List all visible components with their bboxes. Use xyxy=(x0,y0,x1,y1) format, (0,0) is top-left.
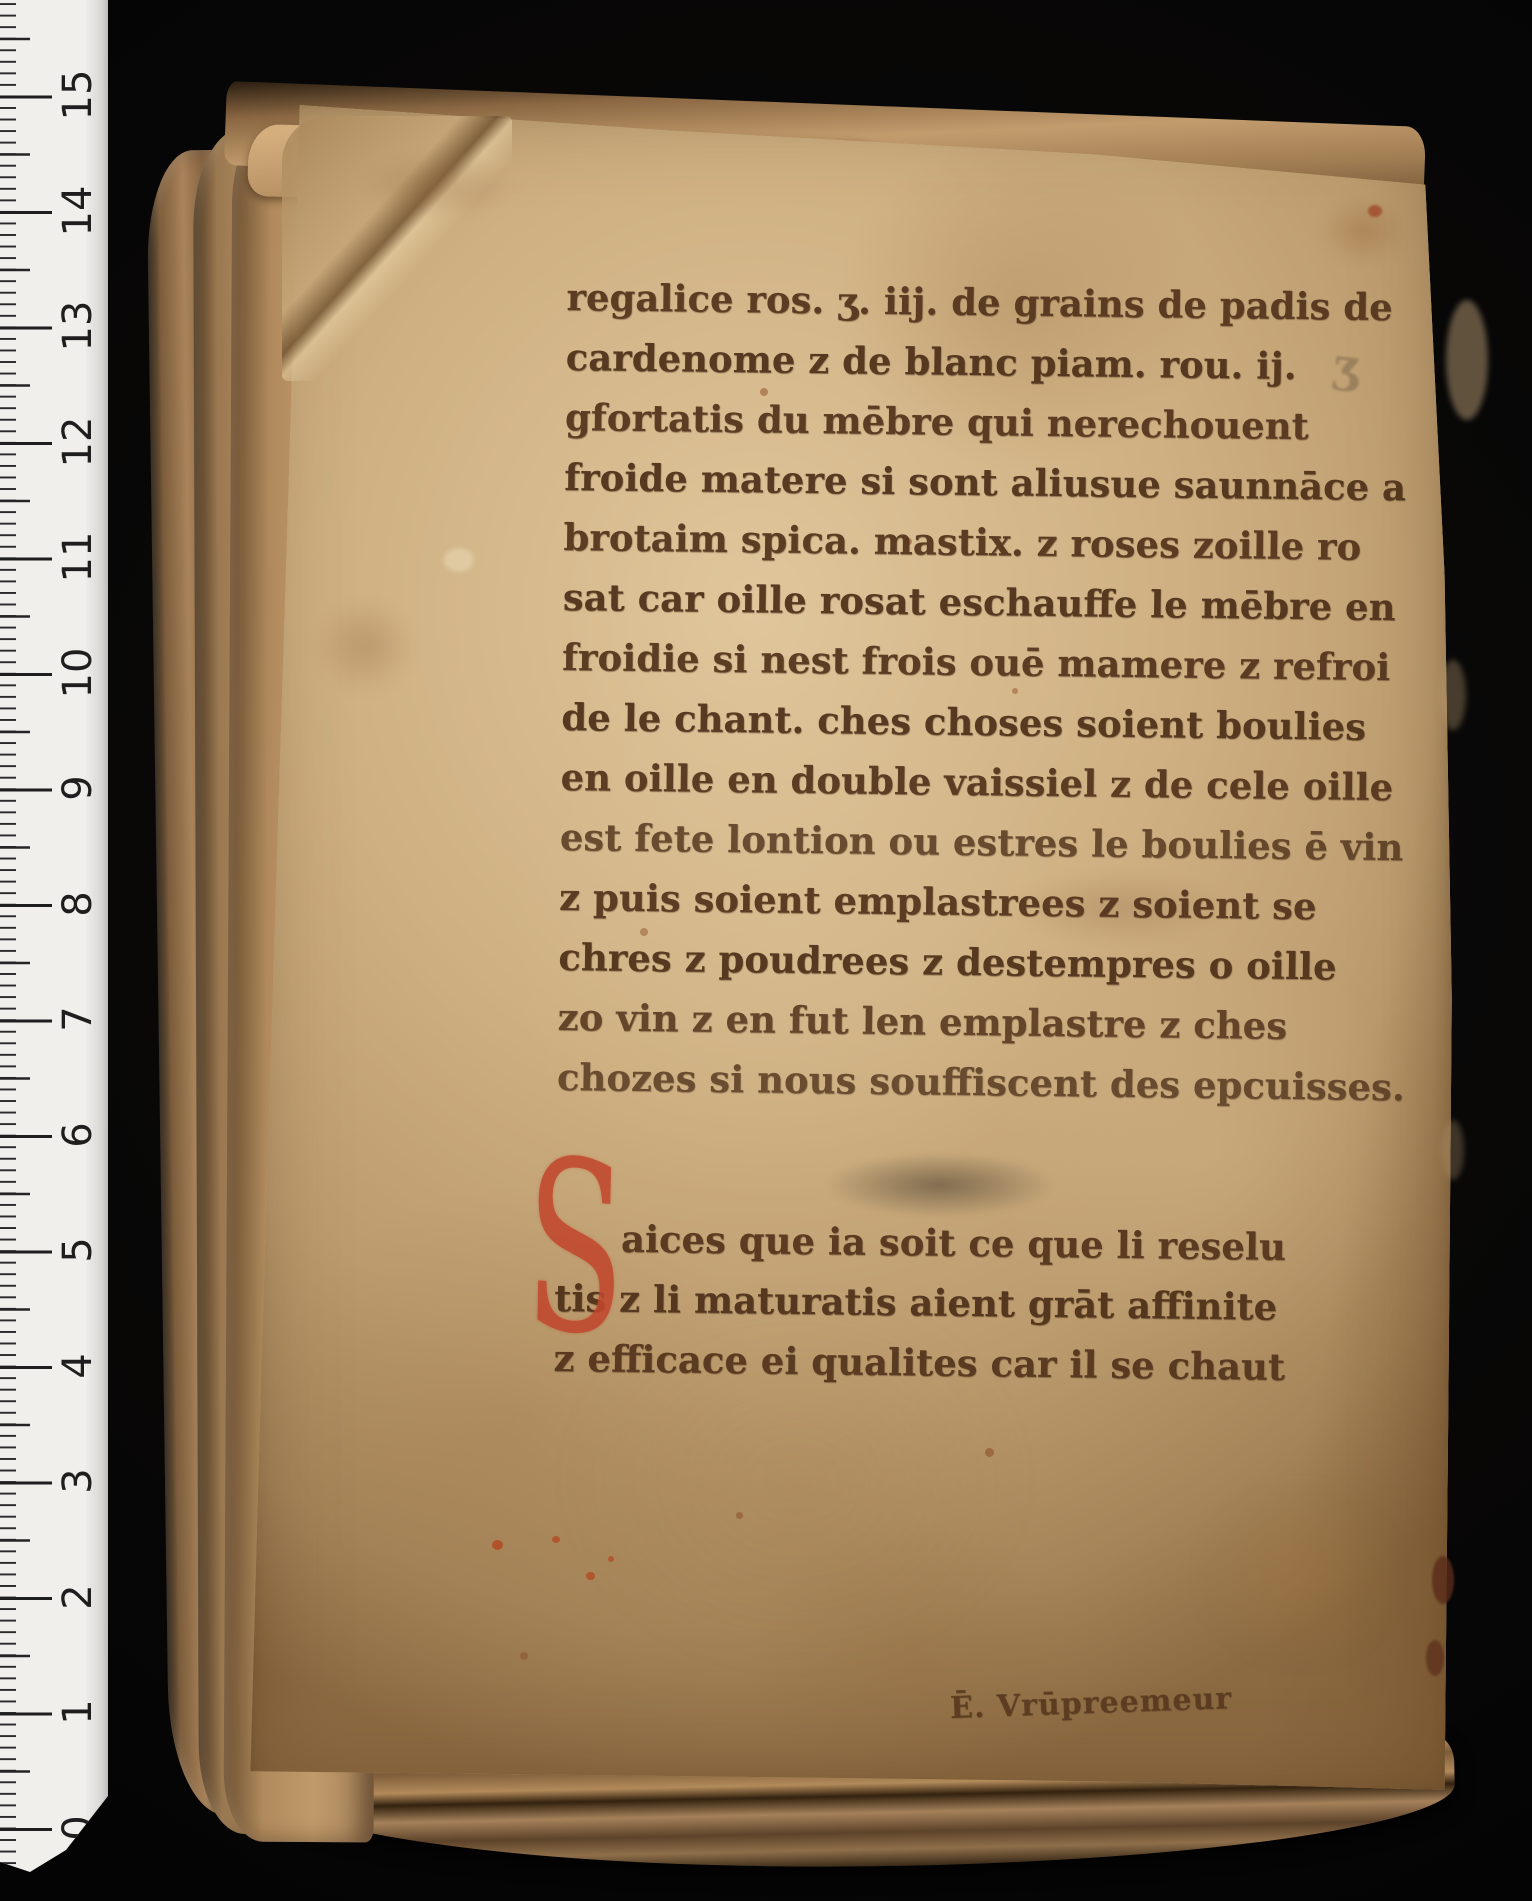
manuscript-line: regalice ros. ʒ. iij. de grains de padis… xyxy=(566,267,1387,337)
ruler-label: 2 xyxy=(50,1569,106,1625)
ruler-label: 5 xyxy=(50,1222,106,1278)
ruler-label: 0 xyxy=(50,1800,106,1856)
margin-mark: Ʒ xyxy=(1329,347,1365,404)
manuscript-line: cardenome z de blanc piam. rou. ij. xyxy=(565,327,1386,397)
manuscript-line: sat car oille rosat eschauffe le mēbre e… xyxy=(562,567,1383,637)
stain xyxy=(1318,196,1408,266)
text-block: regalice ros. ʒ. iij. de grains de padis… xyxy=(553,267,1387,1398)
ruler-label: 15 xyxy=(50,67,106,123)
manuscript-line: froide matere si sont aliusue saunnāce a xyxy=(564,447,1385,517)
stain xyxy=(360,150,510,220)
manuscript-line: z efficace ei qualites car il se chaut xyxy=(553,1328,1374,1398)
red-speckle xyxy=(492,1540,503,1550)
ruler-label: 13 xyxy=(50,298,106,354)
stain xyxy=(315,598,415,693)
manuscript-line: gfortatis du mēbre qui nerechouent xyxy=(565,387,1386,457)
ruler-label: 10 xyxy=(50,645,106,701)
speckle xyxy=(736,1512,743,1519)
edge-spot xyxy=(1426,1640,1444,1676)
red-speckle xyxy=(586,1572,595,1580)
stain xyxy=(1368,205,1382,217)
ruler-label: 8 xyxy=(50,876,106,932)
manuscript-line: zo vin z en fut len emplastre z ches xyxy=(557,987,1378,1057)
manuscript-line: froidie si nest frois ouē mamere z refro… xyxy=(562,627,1383,697)
ruler-label: 11 xyxy=(50,529,106,585)
speckle xyxy=(520,1652,528,1660)
ruler-label: 9 xyxy=(50,760,106,816)
rubric-initial: S xyxy=(523,1129,628,1369)
ruler-label: 4 xyxy=(50,1338,106,1394)
manuscript-line: de le chant. ches choses soient boulies xyxy=(561,687,1382,757)
pale-spot xyxy=(444,548,474,572)
ruler-label: 6 xyxy=(50,1107,106,1163)
edge-spot xyxy=(1432,1556,1454,1604)
ruler-label: 1 xyxy=(50,1684,106,1740)
torn-edge-fibres xyxy=(1442,1120,1464,1180)
manuscript-line: aices que ia soit ce que li reselu xyxy=(555,1208,1376,1278)
ruler-label: 12 xyxy=(50,414,106,470)
manuscript-line: brotaim spica. mastix. z roses zoille ro xyxy=(563,507,1384,577)
torn-edge-fibres xyxy=(1446,300,1488,420)
torn-edge-fibres xyxy=(1440,660,1466,730)
manuscript-line: z puis soient emplastrees z soient se xyxy=(559,867,1380,937)
manuscript-line: tis z li maturatis aient grāt affinite xyxy=(554,1268,1375,1338)
red-speckle xyxy=(608,1556,614,1562)
photo-backdrop: 0 1 2 3 4 5 6 7 8 9 10 11 12 13 14 15 xyxy=(0,0,1532,1901)
measuring-ruler: 0 1 2 3 4 5 6 7 8 9 10 11 12 13 14 15 xyxy=(0,0,108,1880)
stain xyxy=(1195,1480,1405,1670)
ruler-label: 3 xyxy=(50,1453,106,1509)
manuscript-line: chozes si nous souffiscent des epcuisses… xyxy=(557,1047,1378,1117)
manuscript-line: est fete lontion ou estres le boulies ē … xyxy=(560,807,1381,877)
ruler-label: 7 xyxy=(50,991,106,1047)
speckle xyxy=(985,1448,994,1457)
ruler-label: 14 xyxy=(50,183,106,239)
manuscript-line: en oille en double vaissiel z de cele oi… xyxy=(560,747,1381,817)
manuscript-line: chres z poudrees z destempres o oille xyxy=(558,927,1379,997)
red-speckle xyxy=(552,1536,560,1543)
